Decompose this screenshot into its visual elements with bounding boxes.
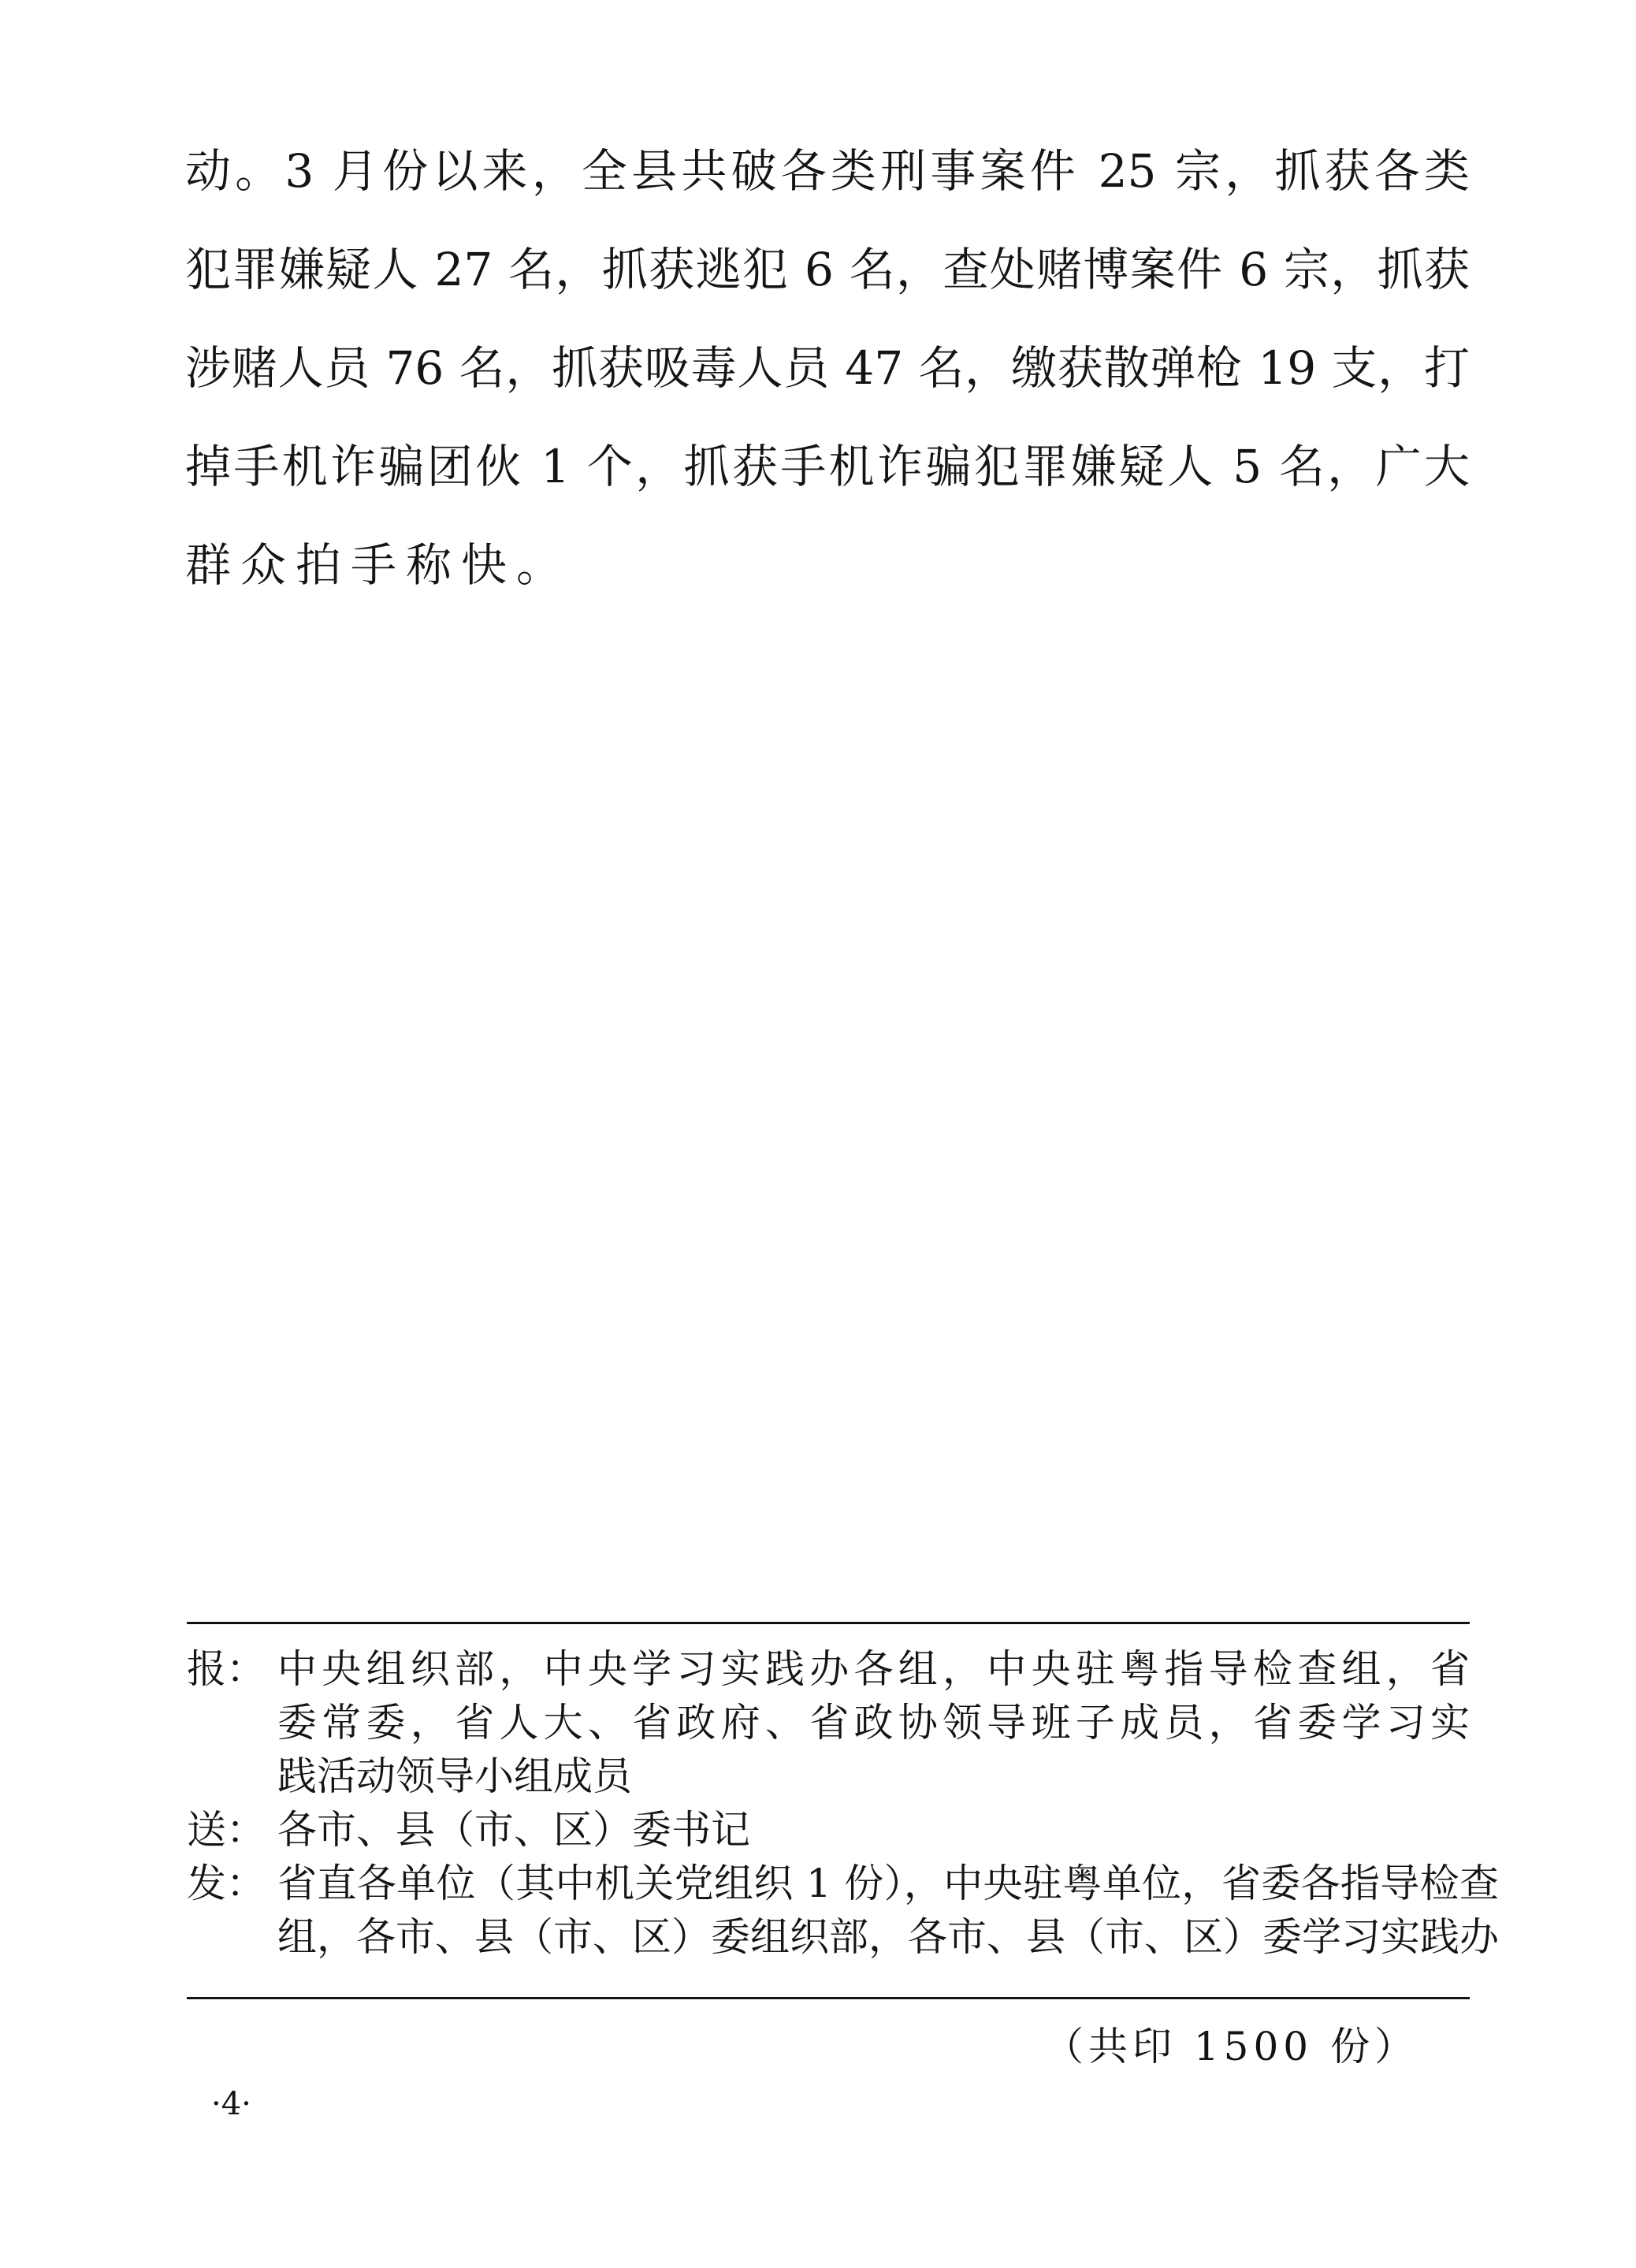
report-to-line: 中央组织部，中央学习实践办各组，中央驻粤指导检查组，省: [277, 1642, 1470, 1696]
send-to-label: 送：: [187, 1803, 277, 1857]
report-to-line: 践活动领导小组成员: [277, 1749, 1470, 1803]
body-line: 动。3 月份以来，全县共破各类刑事案件 25 宗，抓获各类: [185, 136, 1470, 234]
document-page: 动。3 月份以来，全县共破各类刑事案件 25 宗，抓获各类 犯罪嫌疑人 27 名…: [0, 0, 1636, 2268]
body-line: 犯罪嫌疑人 27 名，抓获逃犯 6 名，查处赌博案件 6 宗，抓获: [185, 234, 1470, 333]
body-line: 掉手机诈骗团伙 1 个，抓获手机诈骗犯罪嫌疑人 5 名，广大: [185, 431, 1470, 530]
print-count: （共印 1500 份）: [1044, 2020, 1418, 2073]
send-to-line: 各市、县（市、区）委书记: [277, 1803, 1470, 1857]
body-line: 涉赌人员 76 名，抓获吸毒人员 47 名，缴获散弹枪 19 支，打: [185, 333, 1470, 431]
report-to-line: 委常委，省人大、省政府、省政协领导班子成员，省委学习实: [277, 1696, 1470, 1749]
page-number: ·4·: [211, 2084, 251, 2124]
issue-to-label: 发：: [187, 1857, 277, 1910]
distribution-top-rule: [187, 1622, 1470, 1624]
distribution-list: 报： 中央组织部，中央学习实践办各组，中央驻粤指导检查组，省 委常委，省人大、省…: [187, 1642, 1470, 1964]
issue-to-line: 组，各市、县（市、区）委组织部，各市、县（市、区）委学习实践办: [277, 1910, 1499, 1964]
report-to-row: 报： 中央组织部，中央学习实践办各组，中央驻粤指导检查组，省 委常委，省人大、省…: [187, 1642, 1470, 1803]
body-line: 群众拍手称快。: [185, 530, 1470, 628]
distribution-bottom-rule: [187, 1997, 1470, 1999]
send-to-row: 送： 各市、县（市、区）委书记: [187, 1803, 1470, 1857]
body-paragraph: 动。3 月份以来，全县共破各类刑事案件 25 宗，抓获各类 犯罪嫌疑人 27 名…: [185, 136, 1470, 628]
issue-to-line: 省直各单位（其中机关党组织 1 份），中央驻粤单位，省委各指导检查: [277, 1857, 1499, 1910]
report-to-label: 报：: [187, 1642, 277, 1696]
issue-to-row: 发： 省直各单位（其中机关党组织 1 份），中央驻粤单位，省委各指导检查 组，各…: [187, 1857, 1470, 1964]
